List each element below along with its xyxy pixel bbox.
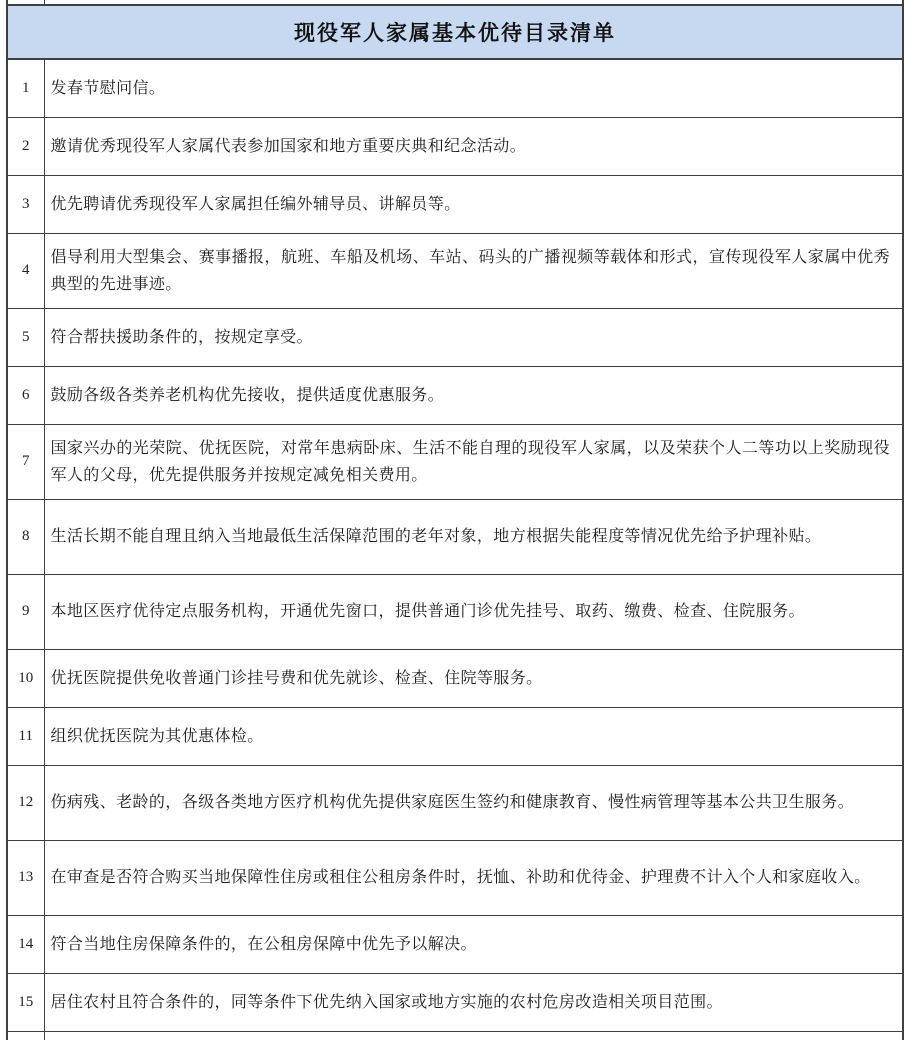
row-text: 生活长期不能自理且纳入当地最低生活保障范围的老年对象，地方根据失能程度等情况优先… (44, 499, 903, 574)
row-text: 倡导利用大型集会、赛事播报，航班、车船及机场、车站、码头的广播视频等载体和形式，… (44, 233, 903, 308)
row-text: 伤病残、老龄的，各级各类地方医疗机构优先提供家庭医生签约和健康教育、慢性病管理等… (44, 765, 903, 840)
table-row: 13 在审查是否符合购买当地保障性住房或租住公租房条件时，抚恤、补助和优待金、护… (7, 840, 903, 915)
cutoff-number-cell (7, 1031, 44, 1040)
row-number: 11 (7, 707, 44, 765)
row-text: 优先聘请优秀现役军人家属担任编外辅导员、讲解员等。 (44, 175, 903, 233)
page-title: 现役军人家属基本优待目录清单 (7, 5, 903, 59)
table-row: 1 发春节慰问信。 (7, 59, 903, 117)
row-text: 国家兴办的光荣院、优抚医院，对常年患病卧床、生活不能自理的现役军人家属，以及荣获… (44, 424, 903, 499)
row-number: 5 (7, 308, 44, 366)
table-row: 11 组织优抚医院为其优惠体检。 (7, 707, 903, 765)
row-text: 优抚医院提供免收普通门诊挂号费和优先就诊、检查、住院等服务。 (44, 649, 903, 707)
document-page: 现役军人家属基本优待目录清单 1 发春节慰问信。 2 邀请优秀现役军人家属代表参… (0, 0, 912, 1040)
table-row: 9 本地区医疗优待定点服务机构，开通优先窗口，提供普通门诊优先挂号、取药、缴费、… (7, 574, 903, 649)
row-number: 8 (7, 499, 44, 574)
row-number: 1 (7, 59, 44, 117)
table-row: 5 符合帮扶援助条件的，按规定享受。 (7, 308, 903, 366)
row-number: 4 (7, 233, 44, 308)
table-row: 3 优先聘请优秀现役军人家属担任编外辅导员、讲解员等。 (7, 175, 903, 233)
row-number: 12 (7, 765, 44, 840)
table-row: 2 邀请优秀现役军人家属代表参加国家和地方重要庆典和纪念活动。 (7, 117, 903, 175)
row-number: 2 (7, 117, 44, 175)
table-row: 4 倡导利用大型集会、赛事播报，航班、车船及机场、车站、码头的广播视频等载体和形… (7, 233, 903, 308)
row-text: 发春节慰问信。 (44, 59, 903, 117)
row-number: 14 (7, 915, 44, 973)
row-text: 符合当地住房保障条件的，在公租房保障中优先予以解决。 (44, 915, 903, 973)
row-number: 10 (7, 649, 44, 707)
row-text: 本地区医疗优待定点服务机构，开通优先窗口，提供普通门诊优先挂号、取药、缴费、检查… (44, 574, 903, 649)
row-number: 3 (7, 175, 44, 233)
table-row: 14 符合当地住房保障条件的，在公租房保障中优先予以解决。 (7, 915, 903, 973)
row-number: 9 (7, 574, 44, 649)
table-cutoff-bottom (7, 1031, 903, 1040)
table-row: 6 鼓励各级各类养老机构优先接收，提供适度优惠服务。 (7, 366, 903, 424)
row-number: 7 (7, 424, 44, 499)
row-text: 邀请优秀现役军人家属代表参加国家和地方重要庆典和纪念活动。 (44, 117, 903, 175)
row-text: 符合帮扶援助条件的，按规定享受。 (44, 308, 903, 366)
row-text: 居住农村且符合条件的，同等条件下优先纳入国家或地方实施的农村危房改造相关项目范围… (44, 973, 903, 1031)
table-header-row: 现役军人家属基本优待目录清单 (7, 5, 903, 59)
row-text: 在审查是否符合购买当地保障性住房或租住公租房条件时，抚恤、补助和优待金、护理费不… (44, 840, 903, 915)
table-row: 10 优抚医院提供免收普通门诊挂号费和优先就诊、检查、住院等服务。 (7, 649, 903, 707)
row-number: 6 (7, 366, 44, 424)
row-number: 15 (7, 973, 44, 1031)
table-row: 12 伤病残、老龄的，各级各类地方医疗机构优先提供家庭医生签约和健康教育、慢性病… (7, 765, 903, 840)
row-text: 鼓励各级各类养老机构优先接收，提供适度优惠服务。 (44, 366, 903, 424)
benefits-table: 现役军人家属基本优待目录清单 1 发春节慰问信。 2 邀请优秀现役军人家属代表参… (6, 0, 904, 1040)
row-text: 组织优抚医院为其优惠体检。 (44, 707, 903, 765)
table-row: 7 国家兴办的光荣院、优抚医院，对常年患病卧床、生活不能自理的现役军人家属，以及… (7, 424, 903, 499)
table-row: 8 生活长期不能自理且纳入当地最低生活保障范围的老年对象，地方根据失能程度等情况… (7, 499, 903, 574)
cutoff-text-cell (44, 1031, 903, 1040)
table-row: 15 居住农村且符合条件的，同等条件下优先纳入国家或地方实施的农村危房改造相关项… (7, 973, 903, 1031)
row-number: 13 (7, 840, 44, 915)
